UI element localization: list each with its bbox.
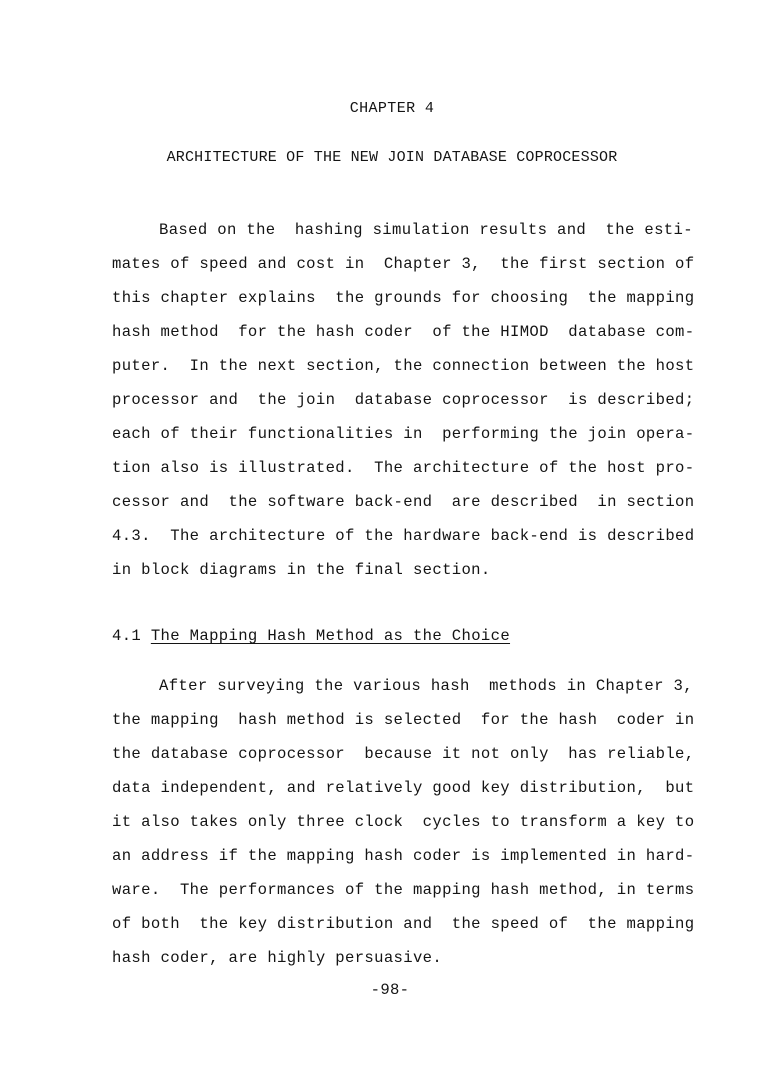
page-number: -98- — [10, 981, 760, 999]
paragraph-line: hash coder, are highly persuasive. — [112, 941, 682, 975]
paragraph-line: cessor and the software back-end are des… — [112, 485, 682, 519]
paragraph-line: an address if the mapping hash coder is … — [112, 839, 682, 873]
paragraph-line: the database coprocessor because it not … — [112, 737, 682, 771]
paragraph-line: data independent, and relatively good ke… — [112, 771, 682, 805]
section-paragraph: After surveying the various hash methods… — [112, 669, 682, 975]
chapter-title: ARCHITECTURE OF THE NEW JOIN DATABASE CO… — [12, 149, 760, 166]
paragraph-line: Based on the hashing simulation results … — [112, 213, 682, 247]
section-title: The Mapping Hash Method as the Choice — [151, 627, 510, 645]
paragraph-line: each of their functionalities in perform… — [112, 417, 682, 451]
paragraph-line: ware. The performances of the mapping ha… — [112, 873, 682, 907]
paragraph-line: processor and the join database coproces… — [112, 383, 682, 417]
paragraph-line: the mapping hash method is selected for … — [112, 703, 682, 737]
paragraph-line: it also takes only three clock cycles to… — [112, 805, 682, 839]
section-number: 4.1 — [112, 627, 141, 645]
chapter-label: CHAPTER 4 — [12, 100, 760, 117]
section-heading: 4.1 The Mapping Hash Method as the Choic… — [112, 619, 510, 653]
paragraph-line: mates of speed and cost in Chapter 3, th… — [112, 247, 682, 281]
intro-paragraph: Based on the hashing simulation results … — [112, 213, 682, 587]
paragraph-line: in block diagrams in the final section. — [112, 553, 682, 587]
paragraph-line: After surveying the various hash methods… — [112, 669, 682, 703]
paragraph-line: 4.3. The architecture of the hardware ba… — [112, 519, 682, 553]
paragraph-line: puter. In the next section, the connecti… — [112, 349, 682, 383]
paragraph-line: tion also is illustrated. The architectu… — [112, 451, 682, 485]
document-page: CHAPTER 4 ARCHITECTURE OF THE NEW JOIN D… — [0, 0, 760, 1089]
paragraph-line: hash method for the hash coder of the HI… — [112, 315, 682, 349]
paragraph-line: this chapter explains the grounds for ch… — [112, 281, 682, 315]
paragraph-line: of both the key distribution and the spe… — [112, 907, 682, 941]
